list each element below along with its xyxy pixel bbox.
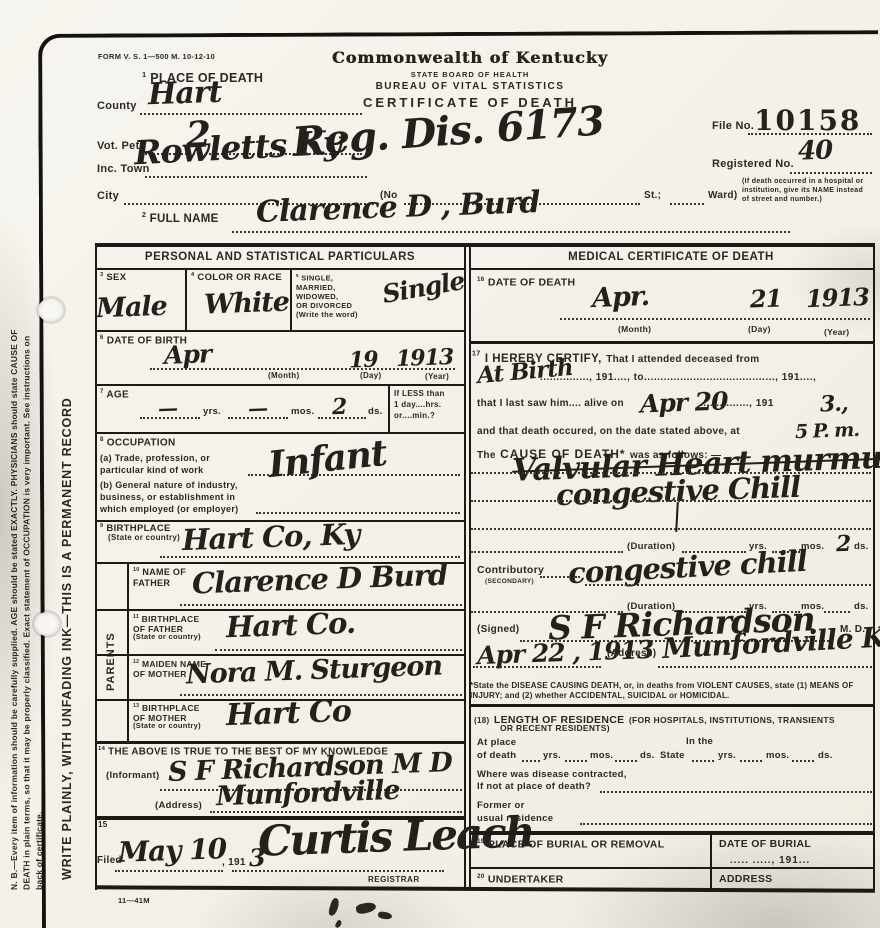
dotted-line	[471, 528, 871, 530]
saw-tail: ..............., 191	[700, 398, 774, 409]
certify-rest: That I attended deceased from	[606, 354, 759, 365]
age-ds-value: 2	[332, 394, 347, 420]
dotted-line	[145, 176, 367, 178]
dotted-line	[658, 666, 872, 668]
dotted-line	[670, 203, 704, 205]
divider	[471, 268, 875, 270]
ds-label: ds.	[368, 406, 383, 417]
dotted-line	[473, 666, 601, 668]
dob-month: Apr	[164, 339, 212, 370]
dotted-line	[748, 133, 872, 135]
dotted-line	[585, 584, 871, 586]
day-label: (Day)	[748, 324, 771, 334]
divider	[95, 432, 465, 434]
dotted-line	[115, 870, 223, 872]
divider	[290, 268, 292, 330]
month-label: (Month)	[618, 324, 651, 334]
mos-label: mos.	[291, 406, 314, 417]
occupation-label: 8 OCCUPATION	[100, 437, 175, 448]
month-label: (Month)	[268, 371, 299, 380]
divider	[95, 243, 875, 247]
divider	[464, 243, 466, 890]
age-yrs-value: —	[158, 396, 178, 421]
mother-bp-value: Hart Co	[225, 694, 351, 733]
in-the-label: In the	[686, 736, 713, 747]
dotted-line	[740, 760, 762, 762]
father-name-label: 10 NAME OF FATHER	[133, 565, 186, 589]
marital-label: 5 SINGLE, MARRIED, WIDOWED, OR DIVORCED …	[296, 271, 358, 319]
filed-date-value: May 10	[117, 832, 226, 869]
item-number: 1	[142, 70, 146, 79]
bureau: BUREAU OF VITAL STATISTICS	[320, 81, 620, 92]
dotted-line	[790, 172, 872, 174]
dotted-line	[180, 604, 462, 606]
signed-label: (Signed)	[477, 624, 519, 635]
divider	[185, 268, 187, 330]
father-bp-label: 11 BIRTHPLACE OF FATHER	[133, 612, 199, 634]
divider	[95, 384, 465, 386]
state-label: State	[660, 750, 685, 761]
item-number: 2	[142, 212, 146, 219]
county-label: County	[97, 100, 137, 112]
saw-line: that I last saw him.... alive on	[477, 398, 624, 409]
dotted-line	[565, 760, 587, 762]
father-bp-value: Hart Co.	[225, 606, 355, 644]
yrs-label: yrs.	[203, 406, 221, 417]
dotted-line	[232, 231, 790, 233]
county-value: Hart	[147, 75, 222, 113]
dotted-line	[471, 551, 623, 553]
age-mos-value: —	[248, 396, 268, 421]
dod-year: 1913	[806, 282, 870, 313]
registered-no-value: 40	[797, 135, 832, 166]
race-label: 4 COLOR OR RACE	[191, 272, 282, 283]
margin-nb-note: N. B.—Every item of information should b…	[8, 320, 60, 890]
dotted-line	[471, 500, 871, 502]
from-line: ..............., 191...., to............…	[540, 372, 816, 383]
mos-label: mos.	[590, 750, 613, 761]
divider	[471, 831, 875, 835]
mos-label: mos.	[766, 750, 789, 761]
form-code: FORM V. S. 1—500 M. 10-12-10	[98, 52, 215, 61]
hospital-note: (If death occurred in a hospital or inst…	[742, 177, 870, 204]
full-name-label: 2 FULL NAME	[142, 212, 219, 225]
divider	[127, 562, 129, 742]
death-line: and that death occured, on the date stat…	[477, 426, 740, 437]
plate-code: 11—41M	[118, 896, 150, 905]
former-label-2: usual residence	[477, 813, 553, 824]
divider	[388, 384, 390, 432]
filed-num: 15	[98, 820, 108, 829]
dotted-line	[600, 791, 872, 793]
undertaker-label: 20 UNDERTAKER	[477, 873, 564, 886]
dod-label: 16 DATE OF DEATH	[477, 276, 575, 289]
divider	[95, 741, 465, 744]
birthplace-hint: (State or country)	[108, 533, 180, 542]
less-than-box: If LESS than 1 day....hrs. or....min.?	[394, 388, 464, 421]
dod-day: 21	[750, 283, 782, 313]
death-time-value: 5 P. m.	[795, 419, 860, 443]
file-no-label: File No.	[712, 120, 754, 132]
mother-bp-hint: (State or country)	[133, 721, 201, 730]
burial-label: 19 PLACE OF BURIAL OR REMOVAL	[477, 838, 664, 851]
year-label: (Year)	[425, 372, 449, 381]
cause-duration-ds-value: 2	[836, 531, 851, 557]
residence-heading-2: OR RECENT RESIDENTS)	[500, 723, 610, 733]
city-st-label: St.;	[644, 190, 661, 201]
undertaker-address-label: ADDRESS	[719, 873, 772, 885]
former-label-1: Former or	[477, 800, 525, 811]
saw-year-hw: 3.,	[820, 391, 849, 418]
of-death-label: of death	[477, 750, 516, 761]
state-board: STATE BOARD OF HEALTH	[320, 70, 620, 79]
dotted-line	[522, 760, 540, 762]
burial-date-line: ..... ....., 191...	[730, 855, 810, 866]
age-label: 7 AGE	[100, 389, 129, 400]
ds-label: ds.	[854, 541, 869, 552]
birthplace-value: Hart Co, Ky	[181, 517, 359, 557]
sex-label: 3 SEX	[100, 272, 126, 283]
race-value: White	[203, 287, 289, 321]
year-label: (Year)	[824, 327, 849, 337]
ds-label: ds.	[818, 750, 833, 761]
divider	[95, 330, 465, 332]
occupation-a-label: (a) Trade, profession, or particular kin…	[100, 452, 210, 476]
dob-year: 1913	[396, 344, 454, 372]
divider	[95, 268, 465, 270]
dotted-line	[140, 113, 362, 115]
divider	[710, 831, 712, 889]
dob-day: 19	[349, 347, 379, 374]
dotted-line	[580, 823, 872, 825]
ds-label: ds.	[640, 750, 655, 761]
sign-address-label: (Address)	[607, 648, 656, 659]
registered-no-label: Registered No.	[712, 158, 794, 170]
dotted-line	[824, 611, 850, 613]
sex-value: Male	[95, 291, 167, 324]
ds-label: ds.	[854, 601, 869, 612]
death-certificate-scan: WRITE PLAINLY, WITH UNFADING INK—THIS IS…	[0, 0, 880, 928]
at-place-label: At place	[477, 737, 516, 748]
informant-label: (Informant)	[106, 770, 159, 781]
divider	[95, 243, 97, 890]
city-ward-label: Ward)	[708, 190, 737, 201]
yrs-label: yrs.	[543, 750, 561, 761]
informant-address-label: (Address)	[155, 800, 202, 811]
divider	[471, 341, 875, 344]
father-bp-hint: (State or country)	[133, 632, 201, 641]
dotted-line	[615, 760, 637, 762]
dotted-line	[256, 512, 460, 514]
contributory-label: Contributory	[477, 564, 544, 576]
yrs-label: yrs.	[718, 750, 736, 761]
divider	[471, 704, 875, 707]
dotted-line	[792, 760, 814, 762]
cause-footnote: *State the DISEASE CAUSING DEATH, or, in…	[470, 681, 874, 701]
dotted-line	[692, 760, 714, 762]
dotted-line	[232, 870, 444, 872]
dod-month: Apr.	[591, 281, 649, 314]
contracted-label-2: If not at place of death?	[477, 781, 591, 792]
dotted-line	[560, 318, 870, 320]
registrar-label: REGISTRAR	[368, 875, 420, 884]
margin-write-plainly: WRITE PLAINLY, WITH UNFADING INK—THIS IS…	[60, 290, 74, 880]
contributory-hint: (SECONDARY)	[485, 578, 534, 585]
commonwealth-title: Commonwealth of Kentucky	[320, 48, 620, 67]
divider	[471, 867, 875, 869]
occupation-b-label: (b) General nature of industry, business…	[100, 479, 238, 515]
medical-title: MEDICAL CERTIFICATE OF DEATH	[467, 251, 875, 263]
informant-address-value: Munfordville	[216, 775, 400, 812]
city-label: City	[97, 190, 119, 202]
parents-label: PARENTS	[105, 601, 117, 691]
burial-date-label: DATE OF BURIAL	[719, 838, 811, 850]
personal-title: PERSONAL AND STATISTICAL PARTICULARS	[95, 251, 465, 263]
contracted-label-1: Where was disease contracted,	[477, 769, 627, 780]
mother-bp-label: 13 BIRTHPLACE OF MOTHER	[133, 701, 200, 723]
filed-year-printed: , 191	[222, 857, 246, 868]
day-label: (Day)	[360, 371, 382, 380]
